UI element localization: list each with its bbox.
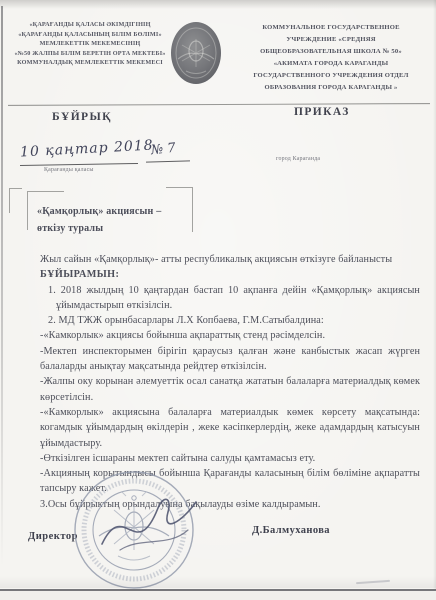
order-title-kazakh: БҰЙРЫҚ (52, 111, 112, 123)
letterhead-line: ГОСУДАРСТВЕННОГО УЧРЕЖДЕНИЯ ОТДЕЛ (236, 70, 426, 82)
letterhead-line: «ҚАРАҒАНДЫ ҚАЛАСЫНЫҢ БІЛІМ БӨЛІМІ» (14, 30, 166, 40)
form-corner-mark (9, 188, 22, 213)
order-item-1: 1. 2018 жылдың 10 қаңтардан бастап 10 ақ… (40, 283, 420, 314)
letterhead-line: КОММУНАЛЬНОЕ ГОСУДАРСТВЕННОЕ (236, 22, 426, 34)
signoff-name: Д.Балмуханова (252, 525, 330, 536)
scan-edge-left (1, 6, 3, 566)
handwritten-order-number: № 7 (150, 141, 176, 159)
place-caption-russian: город Караганда (276, 156, 320, 162)
handwritten-date: 10 қаңтар 2018 (20, 138, 154, 161)
scan-background-strip (0, 591, 436, 600)
order-subitem: -Мектеп инспекторымен бірігіп қараусыз қ… (40, 344, 420, 375)
kazakhstan-coat-of-arms-icon (170, 21, 222, 85)
order-resolve-word: БҰЙЫРАМЫН: (40, 267, 420, 282)
number-underline (146, 160, 190, 162)
place-caption-kazakh: Қарағанды қаласы (44, 167, 94, 173)
order-subitem: -«Камкорлык» акциясы бойынша ақпараттық … (40, 328, 420, 343)
order-title-russian: ПРИКАЗ (294, 106, 350, 118)
letterhead-line: «№50 ЖАЛПЫ БІЛІМ БЕРЕТІН ОРТА МЕКТЕБІ» (14, 49, 166, 59)
letterhead-line: УЧРЕЖДЕНИЕ «СРЕДНЯЯ (236, 34, 426, 46)
subject-line: өткізу туралы (37, 220, 207, 237)
letterhead-line: МЕМЛЕКЕТТІК МЕКЕМЕСІНІҢ (14, 39, 166, 49)
scan-edge-top (0, 0, 436, 9)
order-paragraph-intro: Жыл сайын «Қамқорлық»- атты республикалы… (40, 252, 420, 267)
letterhead-line: «ҚАРАҒАНДЫ ҚАЛАСЫ ӘКІМДІГІНІҢ (14, 20, 166, 30)
scanned-order-document: «ҚАРАҒАНДЫ ҚАЛАСЫ ӘКІМДІГІНІҢ «ҚАРАҒАНДЫ… (0, 0, 436, 600)
letterhead-line: ОБЩЕОБРАЗОВАТЕЛЬНАЯ ШКОЛА № 50» (236, 46, 426, 58)
order-item-2: 2. МД ТЖЖ орынбасарлары Л.Х Копбаева, Г.… (40, 313, 420, 328)
letterhead-kazakh-block: «ҚАРАҒАНДЫ ҚАЛАСЫ ӘКІМДІГІНІҢ «ҚАРАҒАНДЫ… (14, 20, 166, 68)
date-underline (20, 163, 138, 166)
subject-line: «Қамқорлық» акциясын – (37, 203, 207, 220)
letterhead-line: ОБРАЗОВАНИЯ ГОРОДА КАРАГАНДЫ » (236, 82, 426, 94)
letterhead-line: «АКИМАТА ГОРОДА КАРАГАНДЫ (236, 58, 426, 70)
letterhead-russian-block: КОММУНАЛЬНОЕ ГОСУДАРСТВЕННОЕ УЧРЕЖДЕНИЕ … (236, 22, 426, 94)
order-subject: «Қамқорлық» акциясын – өткізу туралы (37, 203, 207, 237)
order-subitem: -Жалпы оку корынан әлемуеттік осал санат… (40, 374, 420, 405)
order-subitem: -Өткізілген ісшараны мектеп сайтына салу… (40, 451, 420, 466)
director-signature (84, 478, 208, 582)
letterhead-line: КОММУНАЛДЫҚ МЕМЛЕКЕТТІК МЕКЕМЕСІ (14, 58, 166, 68)
order-subitem: -«Камкорлык» акциясына балаларға материа… (40, 405, 420, 451)
header-divider (8, 103, 430, 106)
